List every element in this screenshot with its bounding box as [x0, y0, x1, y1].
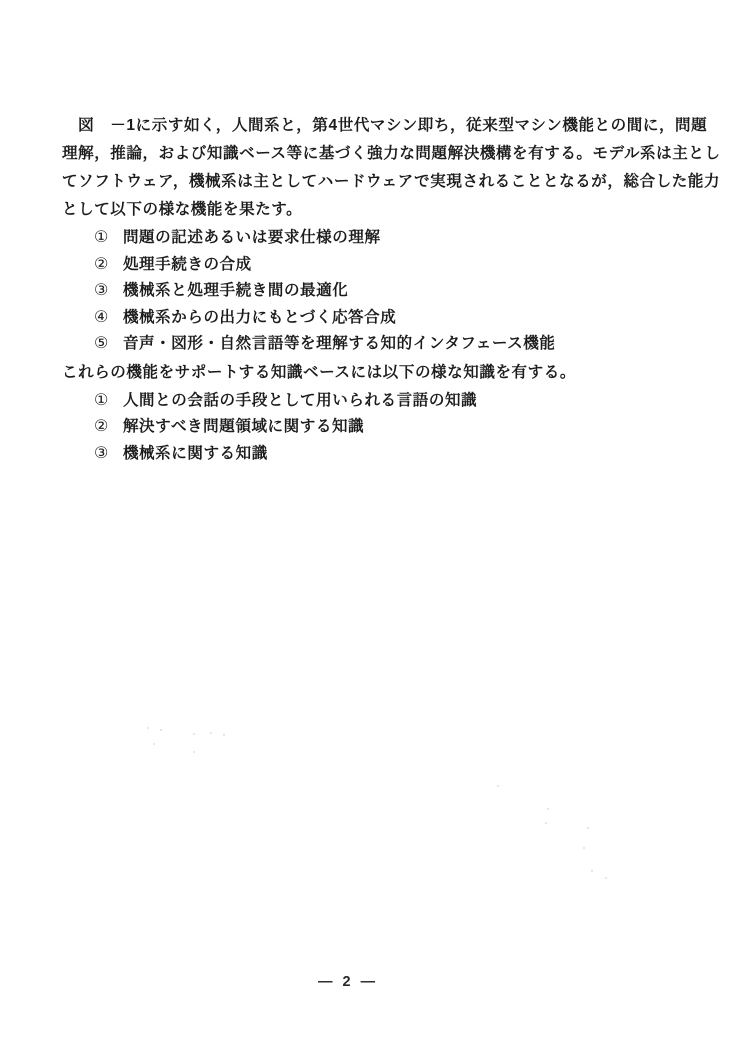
scan-speckle	[223, 734, 225, 736]
document-body: 図 －1に示す如く，人間系と，第4世代マシン即ち，従来型マシン機能との間に，問題…	[62, 112, 698, 468]
list-item-text: 問題の記述あるいは要求仕様の理解	[123, 225, 381, 252]
knowledge-list: ① 人間との会話の手段として用いられる言語の知識 ② 解決すべき問題領域に関する…	[62, 388, 698, 468]
list-item: ⑤ 音声・図形・自然言語等を理解する知的インタフェース機能	[62, 331, 698, 358]
circled-number-icon: ①	[94, 225, 109, 252]
scan-speckle	[547, 808, 549, 810]
scan-speckle	[147, 727, 149, 729]
list-item-text: 処理手続きの合成	[123, 252, 252, 279]
scan-speckle	[210, 732, 212, 734]
list-item-text: 機械系に関する知識	[123, 441, 268, 468]
scan-speckle	[160, 729, 162, 731]
list-item: ① 人間との会話の手段として用いられる言語の知識	[62, 388, 698, 415]
circled-number-icon: ③	[94, 278, 109, 305]
document-page: 図 －1に示す如く，人間系と，第4世代マシン即ち，従来型マシン機能との間に，問題…	[0, 0, 750, 1054]
paragraph1-line3: てソフトウェア，機械系は主としてハードウェアで実現されることとなるが，総合した能…	[62, 168, 698, 196]
function-list: ① 問題の記述あるいは要求仕様の理解 ② 処理手続きの合成 ③ 機械系と処理手続…	[62, 225, 698, 358]
paragraph2: これらの機能をサポートする知識ベースには以下の様な知識を有する。	[62, 359, 698, 387]
list-item: ③ 機械系に関する知識	[62, 441, 698, 468]
list-item: ④ 機械系からの出力にもとづく応答合成	[62, 305, 698, 332]
scan-speckle	[193, 733, 195, 735]
circled-number-icon: ②	[94, 414, 109, 441]
list-item: ① 問題の記述あるいは要求仕様の理解	[62, 225, 698, 252]
list-item-text: 解決すべき問題領域に関する知識	[123, 414, 364, 441]
circled-number-icon: ④	[94, 305, 109, 332]
paragraph1-line1: 図 －1に示す如く，人間系と，第4世代マシン即ち，従来型マシン機能との間に，問題	[62, 112, 698, 140]
scan-speckle	[193, 751, 195, 753]
scan-speckle	[605, 877, 607, 879]
paragraph1-line4: として以下の様な機能を果たす。	[62, 196, 698, 224]
scan-speckle	[545, 822, 547, 824]
list-item: ② 解決すべき問題領域に関する知識	[62, 414, 698, 441]
scan-speckle	[583, 847, 585, 849]
list-item-text: 人間との会話の手段として用いられる言語の知識	[123, 388, 477, 415]
list-item-text: 機械系からの出力にもとづく応答合成	[123, 305, 396, 332]
circled-number-icon: ②	[94, 252, 109, 279]
list-item-text: 音声・図形・自然言語等を理解する知的インタフェース機能	[123, 331, 556, 358]
scan-speckle	[497, 785, 499, 787]
scan-speckle	[587, 827, 589, 829]
circled-number-icon: ⑤	[94, 331, 109, 358]
circled-number-icon: ①	[94, 388, 109, 415]
paragraph1-line2: 理解，推論，および知識ベース等に基づく強力な問題解決機構を有する。モデル系は主と…	[62, 140, 698, 168]
scan-speckle	[591, 870, 593, 872]
page-number: — 2 —	[318, 974, 378, 990]
list-item-text: 機械系と処理手続き間の最適化	[123, 278, 348, 305]
circled-number-icon: ③	[94, 441, 109, 468]
scan-speckle	[153, 743, 155, 745]
list-item: ② 処理手続きの合成	[62, 252, 698, 279]
list-item: ③ 機械系と処理手続き間の最適化	[62, 278, 698, 305]
